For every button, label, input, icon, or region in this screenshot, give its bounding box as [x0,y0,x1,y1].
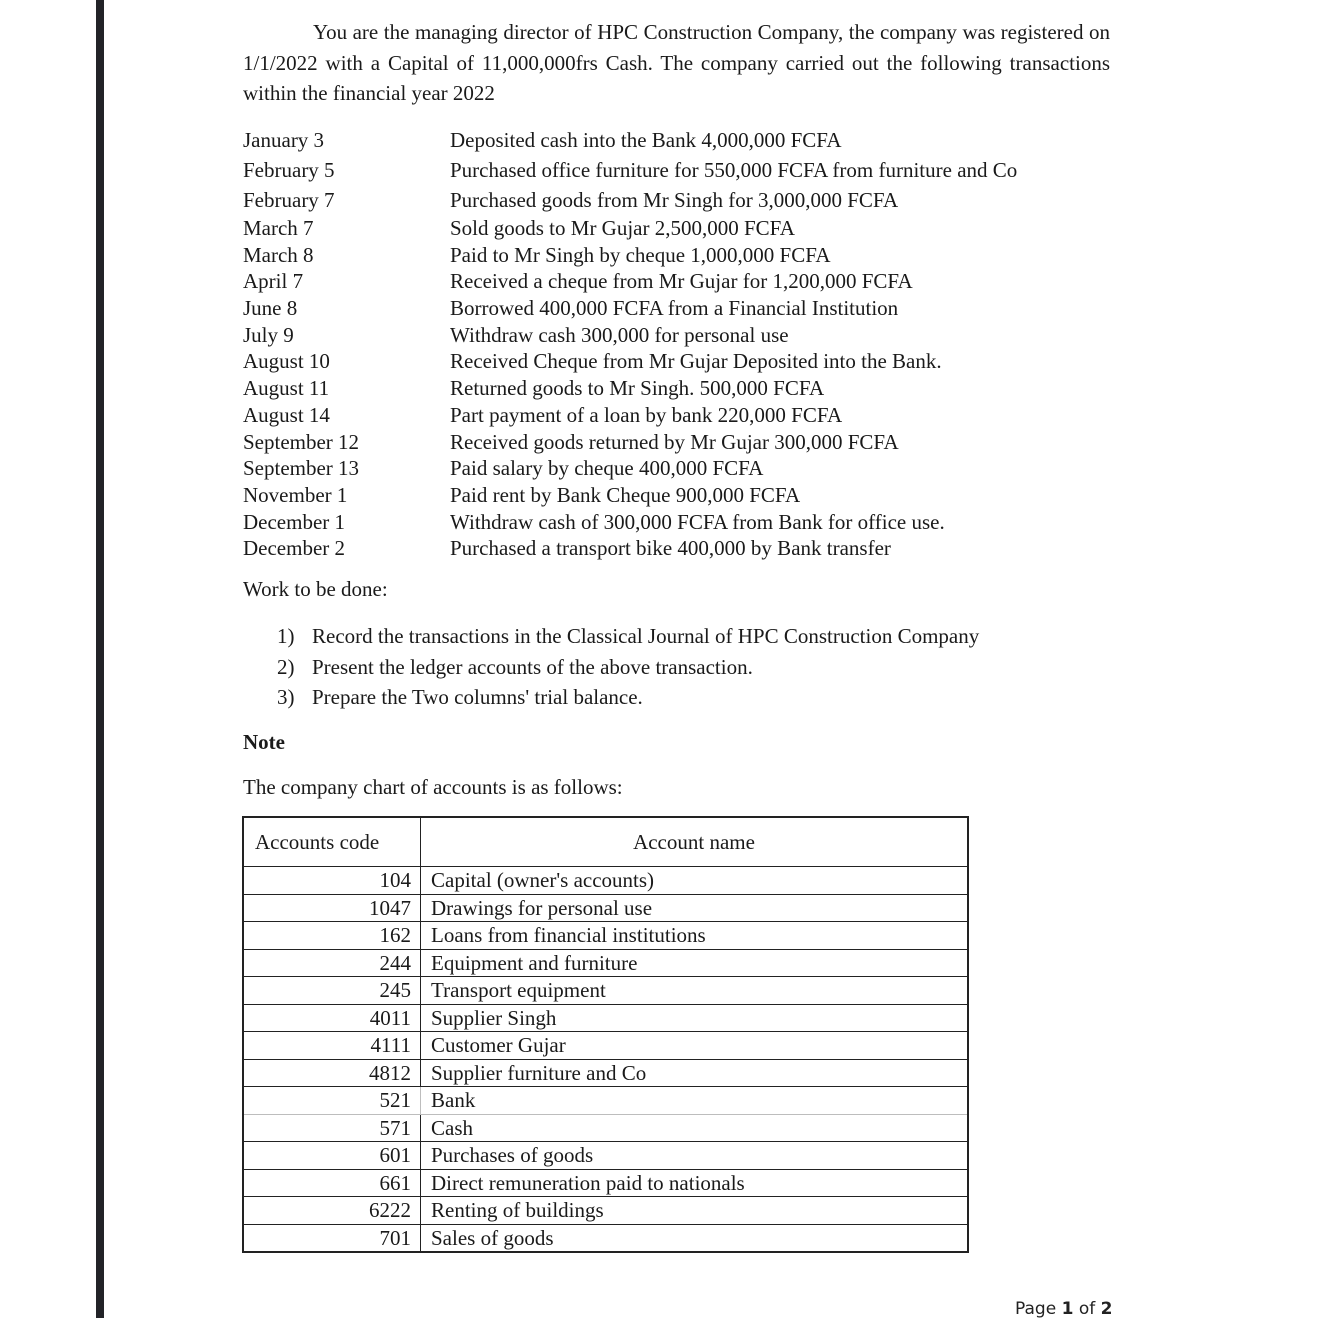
account-code: 4011 [243,1004,421,1032]
transaction-description: Purchased goods from Mr Singh for 3,000,… [450,185,1143,215]
transaction-row: August 10Received Cheque from Mr Gujar D… [243,348,1143,375]
account-code: 701 [243,1224,421,1252]
account-name: Supplier furniture and Co [421,1059,969,1087]
note-title: Note [243,728,285,756]
table-row: 162Loans from financial institutions [243,922,968,950]
transaction-date: February 5 [243,155,450,185]
transaction-row: July 9Withdraw cash 300,000 for personal… [243,322,1143,349]
task-number: 3) [277,682,312,713]
transaction-row: January 3Deposited cash into the Bank 4,… [243,125,1143,155]
table-row: 104Capital (owner's accounts) [243,867,968,895]
transaction-description: Deposited cash into the Bank 4,000,000 F… [450,125,1143,155]
table-row: 4111Customer Gujar [243,1032,968,1060]
account-code: 4812 [243,1059,421,1087]
transaction-row: December 1Withdraw cash of 300,000 FCFA … [243,509,1143,536]
account-code: 104 [243,867,421,895]
transaction-description: Purchased a transport bike 400,000 by Ba… [450,535,1143,562]
account-name: Cash [421,1114,969,1142]
page-current: 1 [1062,1299,1074,1318]
account-code: 162 [243,922,421,950]
transaction-description: Borrowed 400,000 FCFA from a Financial I… [450,295,1143,322]
task-list: 1)Record the transactions in the Classic… [277,621,979,713]
account-name: Supplier Singh [421,1004,969,1032]
transaction-date: September 13 [243,455,450,482]
table-row: 601Purchases of goods [243,1142,968,1170]
transaction-row: March 7Sold goods to Mr Gujar 2,500,000 … [243,215,1143,242]
transaction-row: June 8Borrowed 400,000 FCFA from a Finan… [243,295,1143,322]
account-name: Equipment and furniture [421,949,969,977]
transaction-description: Received goods returned by Mr Gujar 300,… [450,429,1143,456]
page-number: Page 1 of 2 [1015,1299,1112,1318]
page-edge-bar [96,0,104,1318]
account-name: Transport equipment [421,977,969,1005]
task-item: 3)Prepare the Two columns' trial balance… [277,682,979,713]
work-title: Work to be done: [243,575,388,603]
transaction-row: August 11Returned goods to Mr Singh. 500… [243,375,1143,402]
transaction-description: Returned goods to Mr Singh. 500,000 FCFA [450,375,1143,402]
account-code: 571 [243,1114,421,1142]
account-name: Sales of goods [421,1224,969,1252]
account-name: Renting of buildings [421,1197,969,1225]
intro-paragraph: You are the managing director of HPC Con… [243,17,1110,109]
transaction-row: December 2Purchased a transport bike 400… [243,535,1143,562]
account-code: 521 [243,1087,421,1115]
table-row: 6222Renting of buildings [243,1197,968,1225]
table-row: 521Bank [243,1087,968,1115]
table-row: 701Sales of goods [243,1224,968,1252]
account-name: Loans from financial institutions [421,922,969,950]
transaction-date: August 10 [243,348,450,375]
header-accounts-code: Accounts code [243,817,421,867]
table-row: 244Equipment and furniture [243,949,968,977]
transaction-description: Withdraw cash 300,000 for personal use [450,322,1143,349]
transaction-date: December 2 [243,535,450,562]
transaction-description: Received a cheque from Mr Gujar for 1,20… [450,268,1143,295]
transaction-date: July 9 [243,322,450,349]
account-code: 244 [243,949,421,977]
transaction-description: Paid salary by cheque 400,000 FCFA [450,455,1143,482]
task-number: 2) [277,652,312,683]
transaction-date: March 8 [243,242,450,269]
transaction-description: Paid rent by Bank Cheque 900,000 FCFA [450,482,1143,509]
transaction-row: February 7Purchased goods from Mr Singh … [243,185,1143,215]
task-text: Present the ledger accounts of the above… [312,652,753,683]
page-label: Page [1015,1299,1056,1318]
account-code: 6222 [243,1197,421,1225]
task-item: 1)Record the transactions in the Classic… [277,621,979,652]
chart-of-accounts-intro: The company chart of accounts is as foll… [243,773,623,801]
transaction-date: June 8 [243,295,450,322]
page-of-label: of [1079,1299,1095,1318]
transaction-date: December 1 [243,509,450,536]
table-row: 571Cash [243,1114,968,1142]
transaction-date: January 3 [243,125,450,155]
account-name: Customer Gujar [421,1032,969,1060]
account-name: Purchases of goods [421,1142,969,1170]
account-code: 601 [243,1142,421,1170]
transaction-row: April 7Received a cheque from Mr Gujar f… [243,268,1143,295]
transaction-date: February 7 [243,185,450,215]
transaction-row: February 5Purchased office furniture for… [243,155,1143,185]
transaction-row: August 14Part payment of a loan by bank … [243,402,1143,429]
transaction-description: Part payment of a loan by bank 220,000 F… [450,402,1143,429]
table-row: 661Direct remuneration paid to nationals [243,1169,968,1197]
table-row: 4011Supplier Singh [243,1004,968,1032]
table-row: 4812Supplier furniture and Co [243,1059,968,1087]
header-account-name: Account name [421,817,969,867]
account-name: Capital (owner's accounts) [421,867,969,895]
transaction-row: March 8Paid to Mr Singh by cheque 1,000,… [243,242,1143,269]
transaction-description: Received Cheque from Mr Gujar Deposited … [450,348,1143,375]
account-name: Bank [421,1087,969,1115]
transaction-row: November 1Paid rent by Bank Cheque 900,0… [243,482,1143,509]
transaction-date: August 14 [243,402,450,429]
transaction-description: Purchased office furniture for 550,000 F… [450,155,1143,185]
account-name: Drawings for personal use [421,894,969,922]
transaction-date: August 11 [243,375,450,402]
account-code: 245 [243,977,421,1005]
account-name: Direct remuneration paid to nationals [421,1169,969,1197]
task-number: 1) [277,621,312,652]
task-text: Record the transactions in the Classical… [312,621,979,652]
page-total: 2 [1101,1299,1113,1318]
transaction-row: September 12Received goods returned by M… [243,429,1143,456]
transaction-date: September 12 [243,429,450,456]
account-code: 661 [243,1169,421,1197]
transactions-list: January 3Deposited cash into the Bank 4,… [243,125,1143,562]
transaction-row: September 13Paid salary by cheque 400,00… [243,455,1143,482]
transaction-description: Withdraw cash of 300,000 FCFA from Bank … [450,509,1143,536]
table-row: 1047Drawings for personal use [243,894,968,922]
transaction-date: November 1 [243,482,450,509]
task-text: Prepare the Two columns' trial balance. [312,682,643,713]
chart-of-accounts-table: Accounts code Account name 104Capital (o… [242,816,969,1253]
transaction-date: April 7 [243,268,450,295]
account-code: 4111 [243,1032,421,1060]
task-item: 2)Present the ledger accounts of the abo… [277,652,979,683]
table-header-row: Accounts code Account name [243,817,968,867]
transaction-description: Paid to Mr Singh by cheque 1,000,000 FCF… [450,242,1143,269]
table-row: 245Transport equipment [243,977,968,1005]
transaction-date: March 7 [243,215,450,242]
transaction-description: Sold goods to Mr Gujar 2,500,000 FCFA [450,215,1143,242]
account-code: 1047 [243,894,421,922]
